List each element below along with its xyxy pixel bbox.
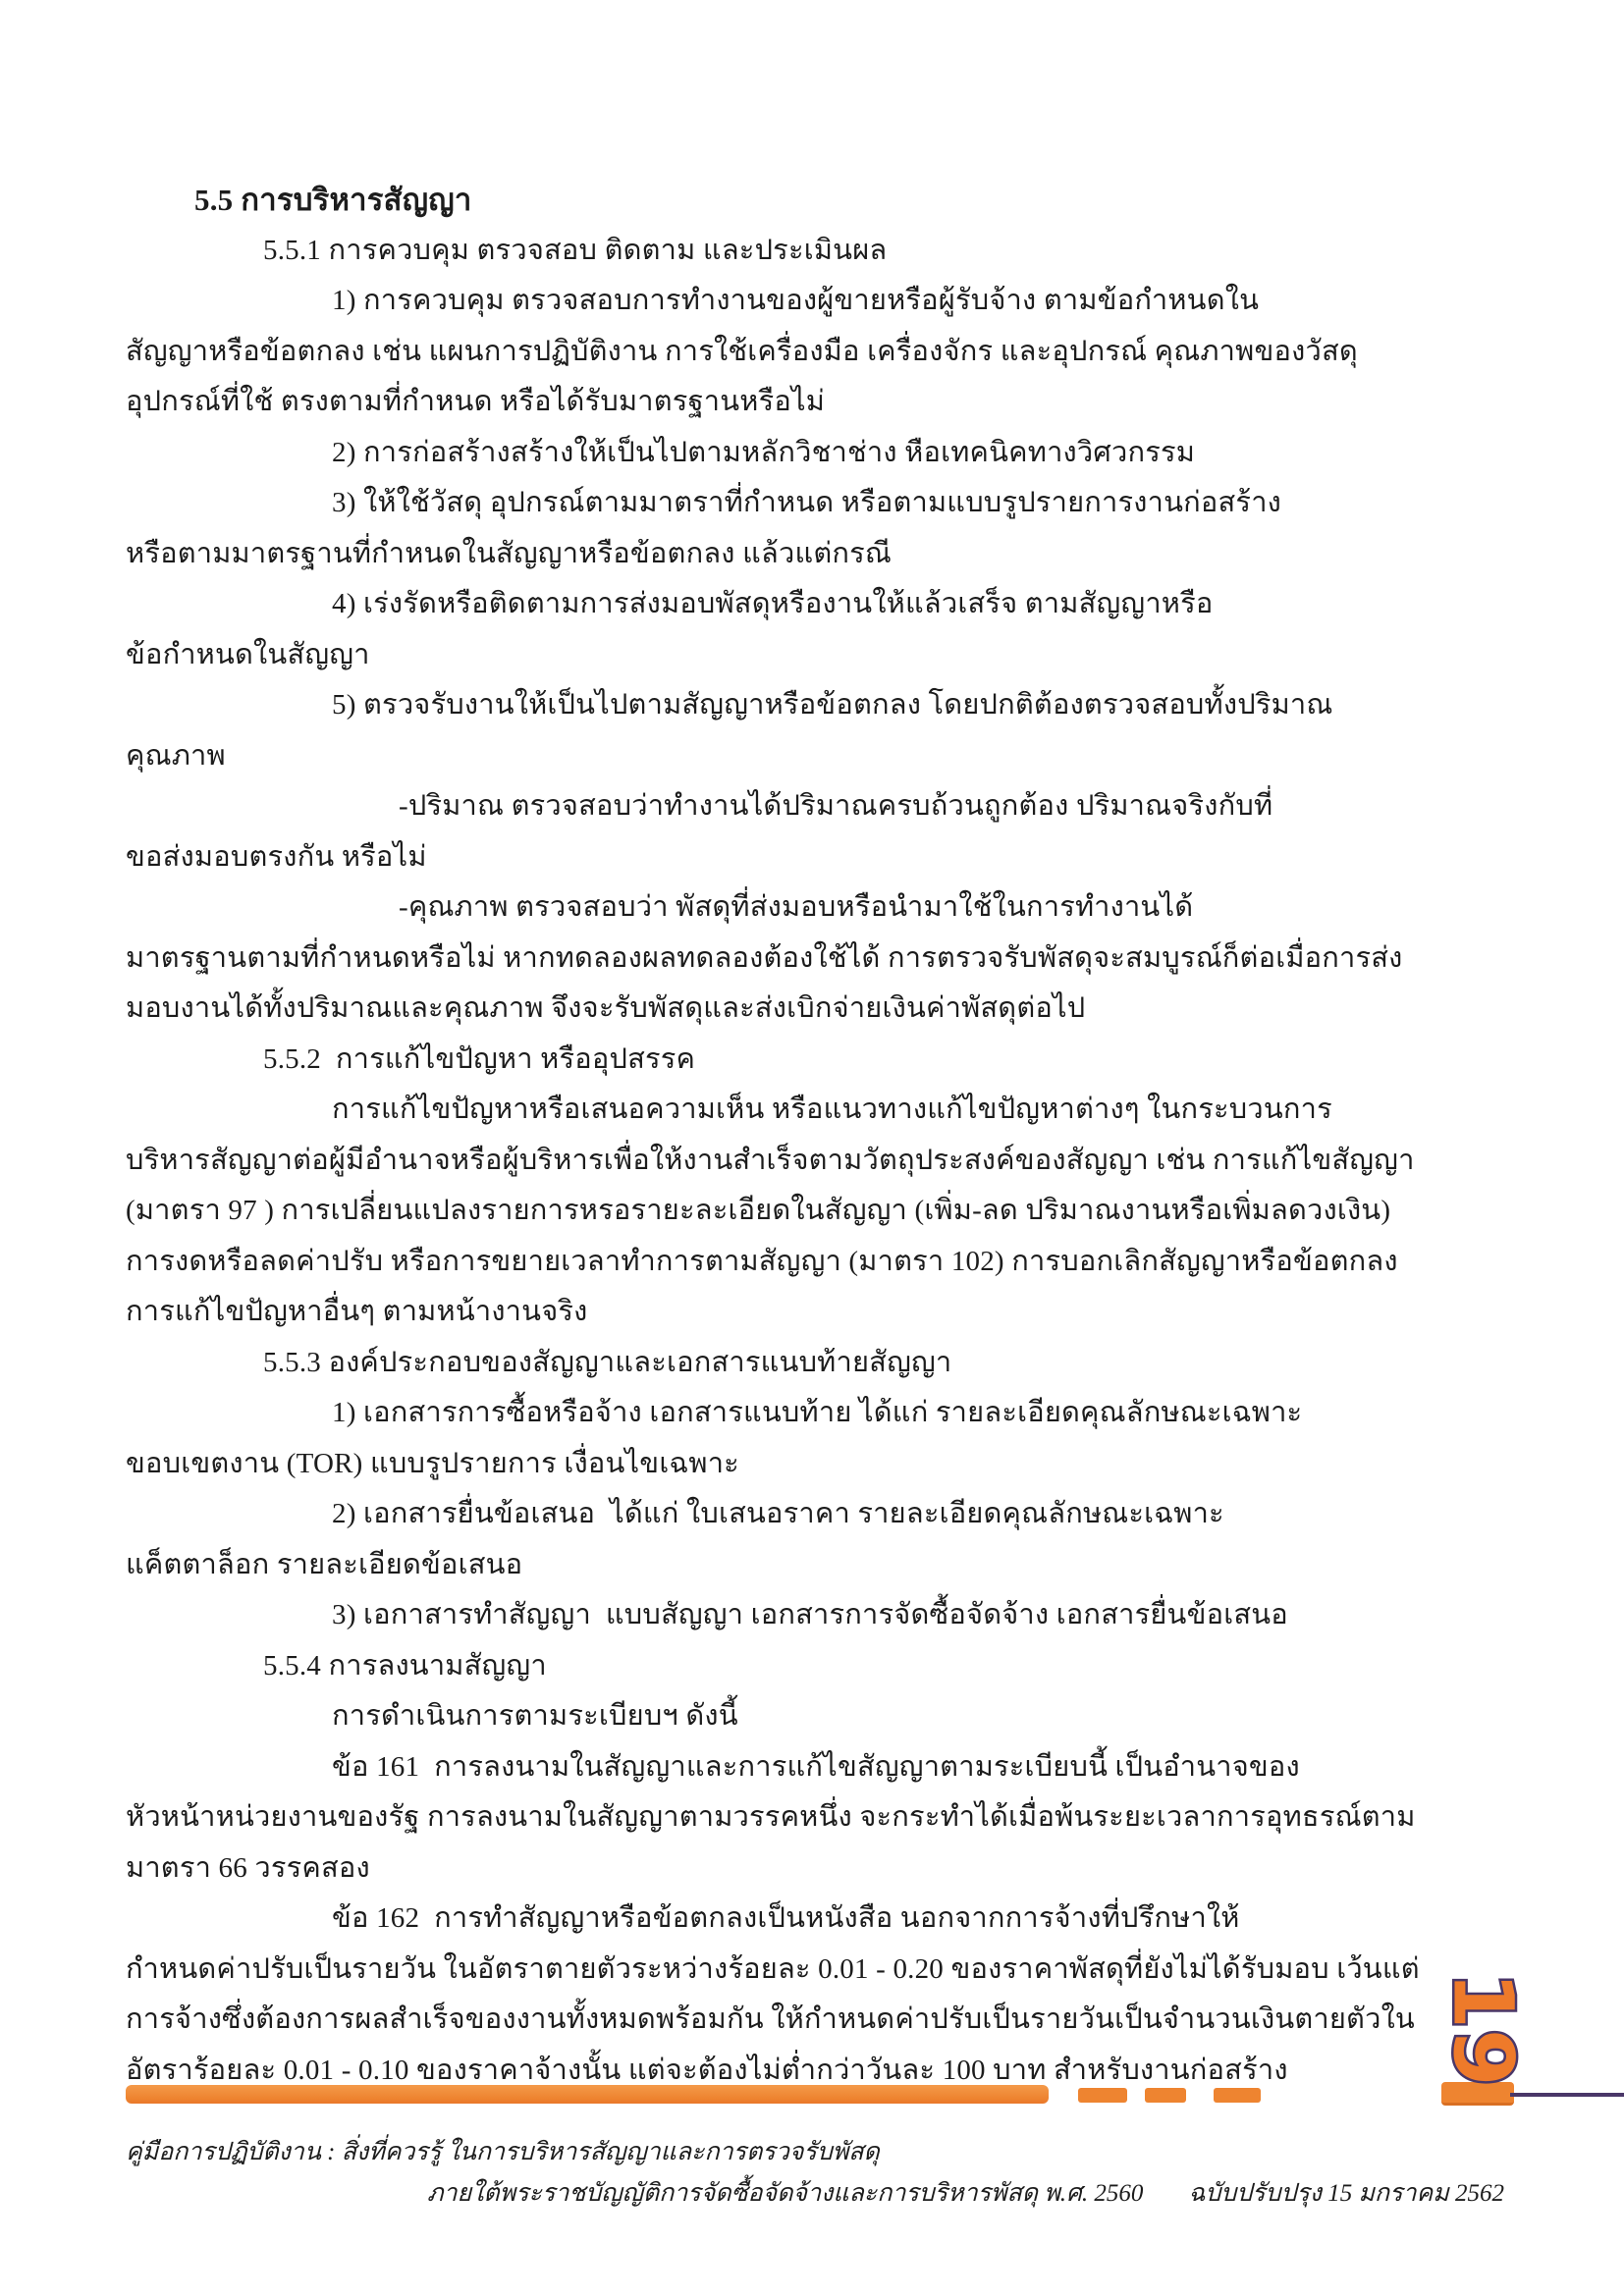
footer-orange-dash	[1214, 2088, 1261, 2103]
body-line: 1) เอกสารการซื้อหรือจ้าง เอกสารแนบท้าย ไ…	[332, 1388, 1512, 1439]
body-line: มอบงานได้ทั้งปริมาณและคุณภาพ จึงจะรับพัส…	[126, 984, 1512, 1035]
document-page: 5.5 การบริหารสัญญา 5.5.1 การควบคุม ตรวจส…	[0, 0, 1624, 2296]
body-line: หรือตามมาตรฐานที่กำหนดในสัญญาหรือข้อตกลง…	[126, 529, 1512, 580]
body-line: การดำเนินการตามระเบียบฯ ดังนี้	[332, 1691, 1512, 1742]
subsection-heading-552: 5.5.2 การแก้ไขปัญหา หรืออุปสรรค	[263, 1035, 1512, 1086]
footer-subtitle: ภายใต้พระราชบัญญัติการจัดซื้อจัดจ้างและก…	[427, 2180, 1143, 2207]
body-line: (มาตรา 97 ) การเปลี่ยนแปลงรายการหรอรายะล…	[126, 1186, 1512, 1237]
body-line: 1) การควบคุม ตรวจสอบการทำงานของผู้ขายหรื…	[332, 276, 1512, 327]
footer-label: คู่มือการปฏิบัติงาน :	[126, 2132, 336, 2171]
body-line: -ปริมาณ ตรวจสอบว่าทำงานได้ปริมาณครบถ้วนถ…	[399, 781, 1512, 832]
footer-line-2: ภายใต้พระราชบัญญัติการจัดซื้อจัดจ้างและก…	[126, 2173, 1504, 2213]
footer-orange-rule	[126, 2085, 1049, 2104]
body-line: 5) ตรวจรับงานให้เป็นไปตามสัญญาหรือข้อตกล…	[332, 680, 1512, 731]
body-line: 2) เอกสารยื่นข้อเสนอ ได้แก่ ใบเสนอราคา ร…	[332, 1489, 1512, 1540]
page-number: 19	[1432, 1971, 1534, 2087]
subsection-heading-551: 5.5.1 การควบคุม ตรวจสอบ ติดตาม และประเมิ…	[263, 226, 1512, 277]
body-line: สัญญาหรือข้อตกลง เช่น แผนการปฏิบัติงาน ก…	[126, 327, 1512, 378]
body-line: การแก้ไขปัญหาอื่นๆ ตามหน้างานจริง	[126, 1287, 1512, 1338]
footer-orange-dash	[1078, 2088, 1127, 2103]
footer-line-1: คู่มือการปฏิบัติงาน : สิ่งที่ควรรู้ ในกา…	[126, 2132, 1504, 2171]
body-line: การจ้างซึ่งต้องการผลสำเร็จของงานทั้งหมดพ…	[126, 1995, 1512, 2046]
page-number-label: 19	[1441, 1972, 1524, 2087]
body-line: ข้อ 161 การลงนามในสัญญาและการแก้ไขสัญญาต…	[332, 1742, 1512, 1793]
body-line: มาตรฐานตามที่กำหนดหรือไม่ หากทดลองผลทดลอ…	[126, 934, 1512, 985]
body-line: การแก้ไขปัญหาหรือเสนอความเห็น หรือแนวทาง…	[332, 1085, 1512, 1136]
section-heading-5-5: 5.5 การบริหารสัญญา	[194, 175, 1512, 226]
footer-orange-dash	[1145, 2088, 1186, 2103]
body-line: ขอส่งมอบตรงกัน หรือไม่	[126, 832, 1512, 883]
body-line: กำหนดค่าปรับเป็นรายวัน ในอัตราตายตัวระหว…	[126, 1945, 1512, 1996]
body-line: ข้อกำหนดในสัญญา	[126, 630, 1512, 681]
footer-purple-rule	[1510, 2093, 1624, 2097]
body-line: หัวหน้าหน่วยงานของรัฐ การลงนามในสัญญาตาม…	[126, 1792, 1512, 1843]
footer-title: สิ่งที่ควรรู้ ในการบริหารสัญญาและการตรวจ…	[342, 2139, 880, 2165]
body-line: คุณภาพ	[126, 731, 1512, 782]
subsection-heading-554: 5.5.4 การลงนามสัญญา	[263, 1641, 1512, 1692]
body-line: ขอบเขตงาน (TOR) แบบรูปรายการ เงื่อนไขเฉพ…	[126, 1439, 1512, 1490]
body-line: บริหารสัญญาต่อผู้มีอำนาจหรือผู้บริหารเพื…	[126, 1136, 1512, 1187]
subsection-heading-553: 5.5.3 องค์ประกอบของสัญญาและเอกสารแนบท้าย…	[263, 1338, 1512, 1389]
footer-edition: ฉบับปรับปรุง 15 มกราคม 2562	[1189, 2173, 1504, 2213]
body-line: ข้อ 162 การทำสัญญาหรือข้อตกลงเป็นหนังสือ…	[332, 1894, 1512, 1945]
body-line: 3) ให้ใช้วัสดุ อุปกรณ์ตามมาตราที่กำหนด ห…	[332, 478, 1512, 529]
body-line: มาตรา 66 วรรคสอง	[126, 1843, 1512, 1895]
body-line: -คุณภาพ ตรวจสอบว่า พัสดุที่ส่งมอบหรือนำม…	[399, 882, 1512, 934]
body-line: 3) เอกาสารทำสัญญา แบบสัญญา เอกสารการจัดซ…	[332, 1590, 1512, 1641]
body-line: การงดหรือลดค่าปรับ หรือการขยายเวลาทำการต…	[126, 1237, 1512, 1288]
body-line: 2) การก่อสร้างสร้างให้เป็นไปตามหลักวิชาช…	[332, 428, 1512, 479]
document-body: 5.5 การบริหารสัญญา 5.5.1 การควบคุม ตรวจส…	[126, 175, 1512, 2096]
body-line: อุปกรณ์ที่ใช้ ตรงตามที่กำหนด หรือได้รับม…	[126, 377, 1512, 428]
body-line: 4) เร่งรัดหรือติดตามการส่งมอบพัสดุหรืองา…	[332, 579, 1512, 630]
body-line: แค็ตตาล็อก รายละเอียดข้อเสนอ	[126, 1540, 1512, 1591]
